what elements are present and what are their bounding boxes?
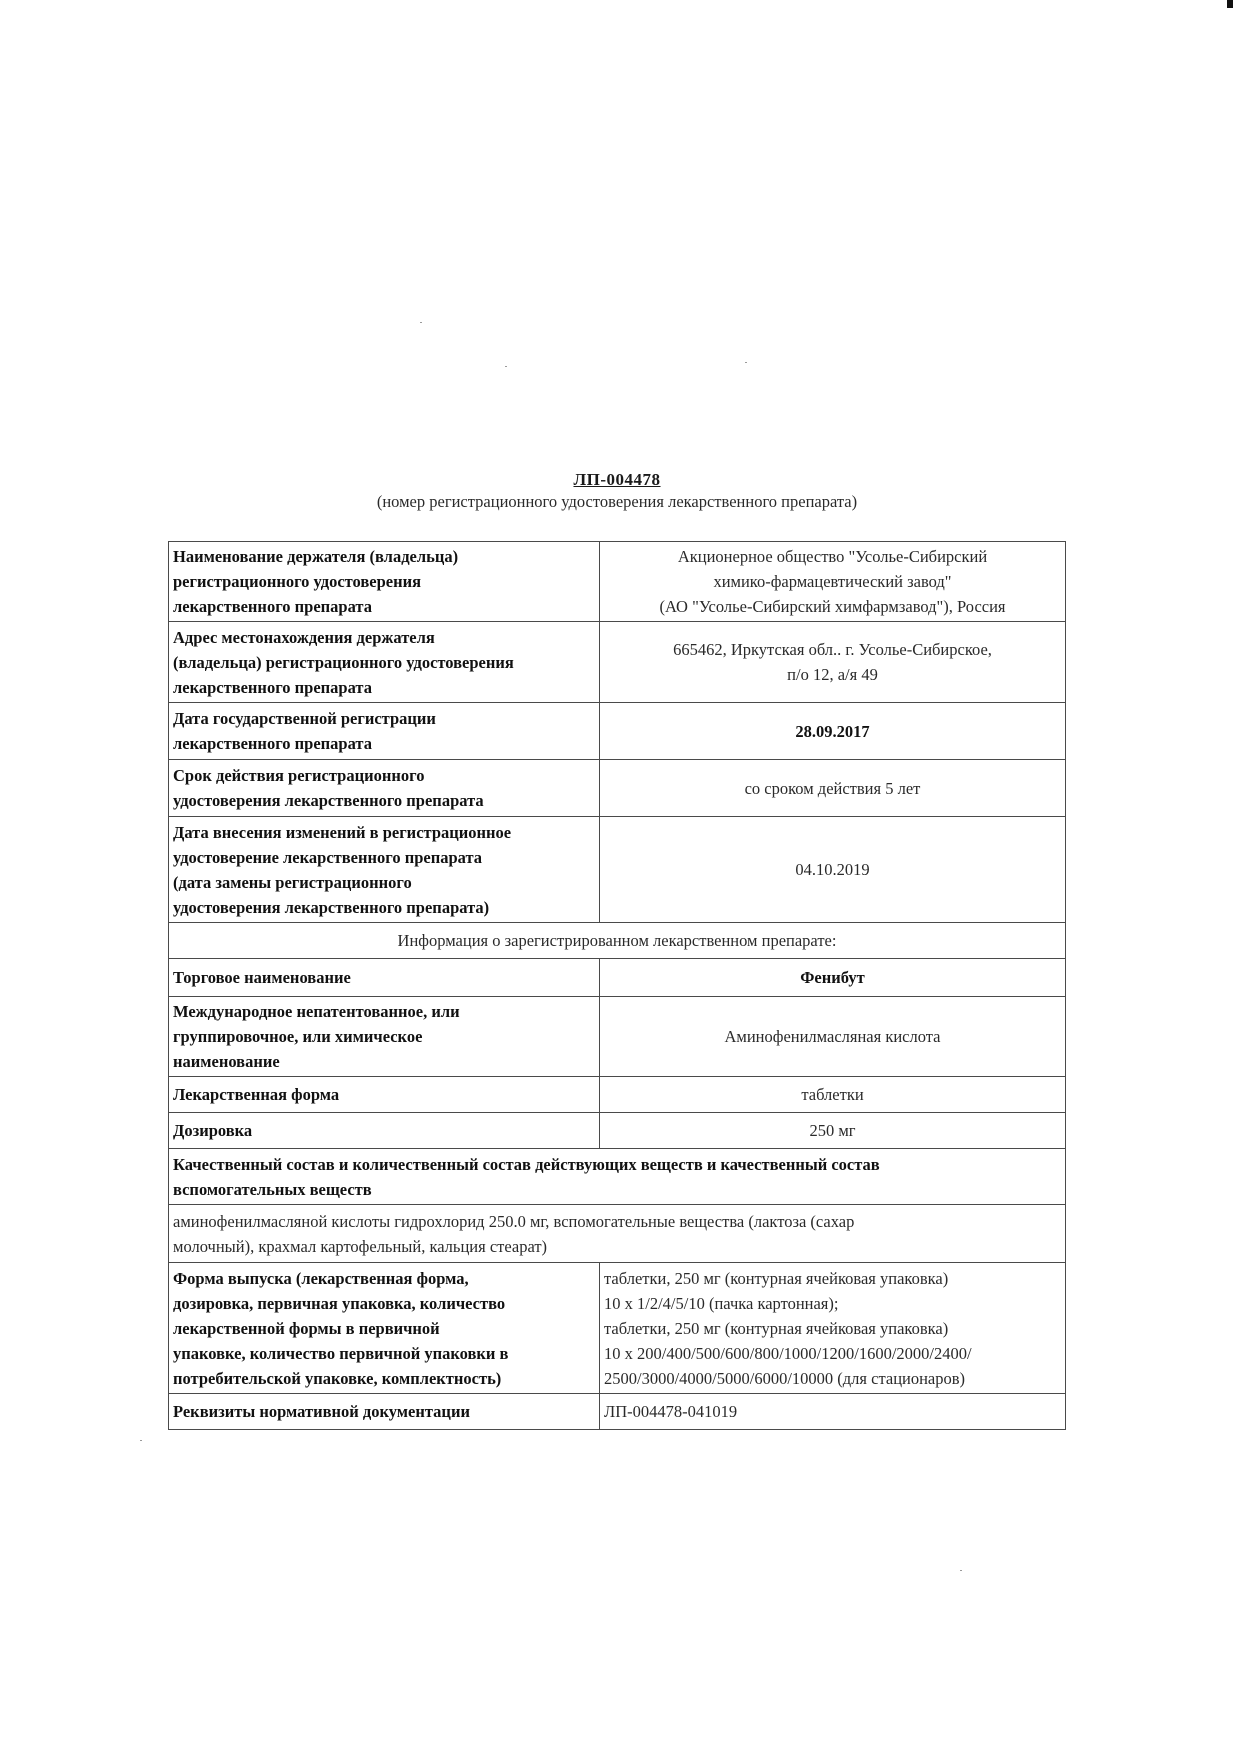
release-form-value: таблетки, 250 мг (контурная ячейковая уп… [600,1263,1066,1394]
normative-docs-label: Реквизиты нормативной документации [169,1394,600,1430]
table-row: Срок действия регистрационного удостовер… [169,760,1066,817]
table-row: Наименование держателя (владельца) регис… [169,542,1066,622]
validity-value: со сроком действия 5 лет [600,760,1066,817]
normative-docs-value: ЛП-004478-041019 [600,1394,1066,1430]
validity-label: Срок действия регистрационного удостовер… [169,760,600,817]
holder-name-label: Наименование держателя (владельца) регис… [169,542,600,622]
release-form-label: Форма выпуска (лекарственная форма, дози… [169,1263,600,1394]
trade-name-label: Торговое наименование [169,959,600,997]
holder-address-label: Адрес местонахождения держателя (владель… [169,622,600,703]
registration-number-caption: (номер регистрационного удостоверения ле… [168,492,1066,512]
change-date-label: Дата внесения изменений в регистрационно… [169,817,600,923]
composition-value: аминофенилмасляной кислоты гидрохлорид 2… [169,1205,1066,1263]
table-row: Адрес местонахождения держателя (владель… [169,622,1066,703]
inn-value: Аминофенилмасляная кислота [600,997,1066,1077]
table-row: Информация о зарегистрированном лекарств… [169,923,1066,959]
scan-speck [745,362,747,363]
registration-number: ЛП-004478 [573,470,660,490]
holder-address-value: 665462, Иркутская обл.. г. Усолье-Сибирс… [600,622,1066,703]
composition-label: Качественный состав и количественный сос… [169,1149,1066,1205]
trade-name-value: Фенибут [600,959,1066,997]
scan-speck [420,322,422,323]
drug-info-section-heading: Информация о зарегистрированном лекарств… [169,923,1066,959]
scan-speck [505,366,507,367]
table-row: Качественный состав и количественный сос… [169,1149,1066,1205]
table-row: Международное непатентованное, или групп… [169,997,1066,1077]
dosage-value: 250 мг [600,1113,1066,1149]
dosage-form-label: Лекарственная форма [169,1077,600,1113]
table-row: Дозировка 250 мг [169,1113,1066,1149]
inn-label: Международное непатентованное, или групп… [169,997,600,1077]
registration-date-label: Дата государственной регистрации лекарст… [169,703,600,760]
table-row: Реквизиты нормативной документации ЛП-00… [169,1394,1066,1430]
table-row: Лекарственная форма таблетки [169,1077,1066,1113]
table-row: Дата внесения изменений в регистрационно… [169,817,1066,923]
dosage-label: Дозировка [169,1113,600,1149]
table-row: Дата государственной регистрации лекарст… [169,703,1066,760]
table-row: Форма выпуска (лекарственная форма, дози… [169,1263,1066,1394]
table-row: аминофенилмасляной кислоты гидрохлорид 2… [169,1205,1066,1263]
scan-speck [140,1440,142,1441]
document-header: ЛП-004478 (номер регистрационного удосто… [168,470,1066,512]
holder-name-value: Акционерное общество "Усолье-Сибирский х… [600,542,1066,622]
table-row: Торговое наименование Фенибут [169,959,1066,997]
registration-table: Наименование держателя (владельца) регис… [168,541,1066,1430]
scan-corner-mark [1227,0,1233,8]
dosage-form-value: таблетки [600,1077,1066,1113]
scan-speck [960,1570,962,1571]
registration-date-value: 28.09.2017 [600,703,1066,760]
change-date-value: 04.10.2019 [600,817,1066,923]
